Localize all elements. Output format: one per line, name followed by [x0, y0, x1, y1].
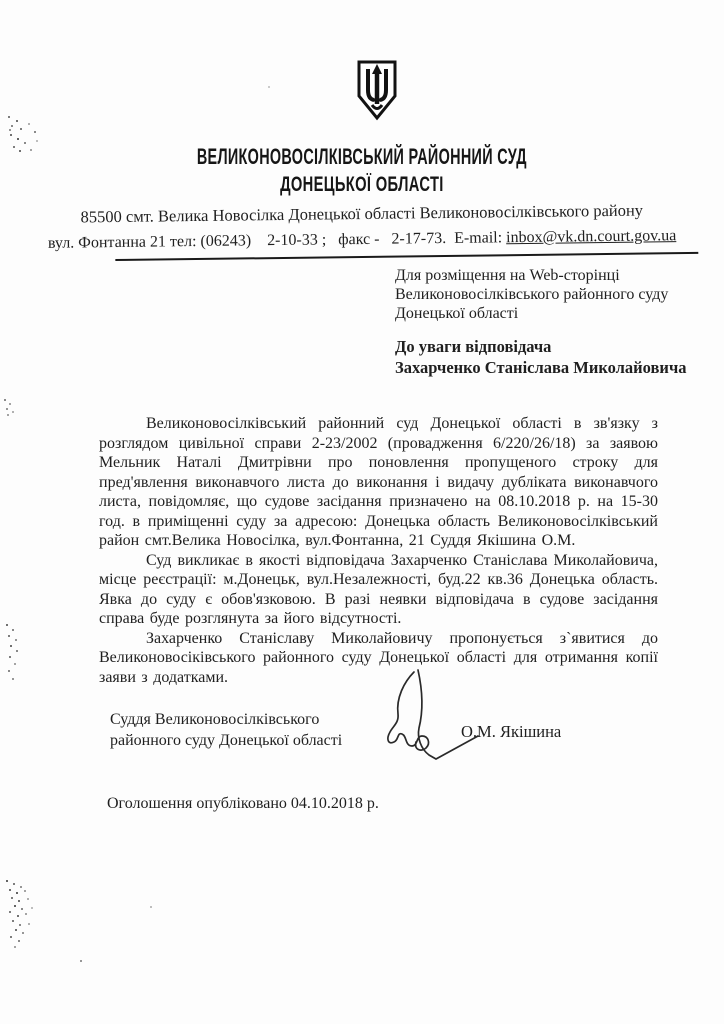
web-placement-note: Для розміщення на Web-сторінці Великонов…: [395, 266, 668, 323]
judge-title-block: Суддя Великоновосілківського районного с…: [110, 709, 342, 751]
ukraine-trident-emblem-icon: [354, 58, 400, 122]
court-email-text: inbox@vk.dn.court.gov.ua: [506, 227, 676, 246]
body-paragraph-1: Великоновосілківський районний суд Донец…: [99, 414, 658, 551]
document-body: Великоновосілківський районний суд Донец…: [99, 414, 658, 687]
letterhead-divider-line: [115, 252, 698, 261]
web-note-line-3: Донецької області: [395, 304, 668, 323]
publication-note: Оголошення опубліковано 04.10.2018 р.: [107, 794, 379, 814]
scan-noise-speckles: [8, 116, 10, 118]
scan-noise-speckles: [4, 399, 6, 401]
court-contact-line: вул. Фонтанна 21 тел: (06243) 2-10-33 ; …: [0, 225, 724, 256]
defendant-attention-block: До уваги відповідача Захарченко Станісла…: [395, 337, 687, 378]
court-region-heading: ДОНЕЦЬКОЇ ОБЛАСТІ: [0, 172, 724, 197]
scanned-court-document-page: ВЕЛИКОНОВОСІЛКІВСЬКИЙ РАЙОННИЙ СУД ДОНЕЦ…: [0, 0, 724, 1024]
body-paragraph-2: Суд викликає в якості відповідача Захарч…: [99, 551, 658, 629]
scan-noise-speckles: [150, 906, 152, 908]
judge-signature-icon: [368, 666, 490, 766]
attention-line-2: Захарченко Станіслава Миколайовича: [395, 358, 687, 379]
scan-noise-speckles: [6, 624, 8, 626]
web-note-line-2: Великоновосілківського районного суду: [395, 285, 668, 304]
court-name-line1: ВЕЛИКОНОВОСІЛКІВСЬКИЙ РАЙОННИЙ СУД: [197, 144, 527, 170]
web-note-line-1: Для розміщення на Web-сторінці: [395, 266, 668, 285]
judge-title-line-2: районного суду Донецької області: [110, 730, 342, 751]
scan-noise-speckles: [268, 86, 270, 88]
scan-noise-speckles: [80, 960, 82, 962]
letterhead-contact-zone: 85500 смт. Велика Новосілка Донецької об…: [0, 199, 724, 263]
court-name-heading: ВЕЛИКОНОВОСІЛКІВСЬКИЙ РАЙОННИЙ СУД: [0, 144, 724, 170]
attention-line-1: До уваги відповідача: [395, 337, 687, 358]
court-address-line: 85500 смт. Велика Новосілка Донецької об…: [0, 199, 724, 230]
court-name-line2: ДОНЕЦЬКОЇ ОБЛАСТІ: [280, 172, 444, 197]
judge-name: О.М. Якішина: [461, 722, 561, 742]
contact-prefix-text: вул. Фонтанна 21 тел: (06243) 2-10-33 ; …: [48, 229, 506, 252]
scan-noise-speckles: [6, 880, 8, 882]
judge-title-line-1: Суддя Великоновосілківського: [110, 709, 342, 730]
